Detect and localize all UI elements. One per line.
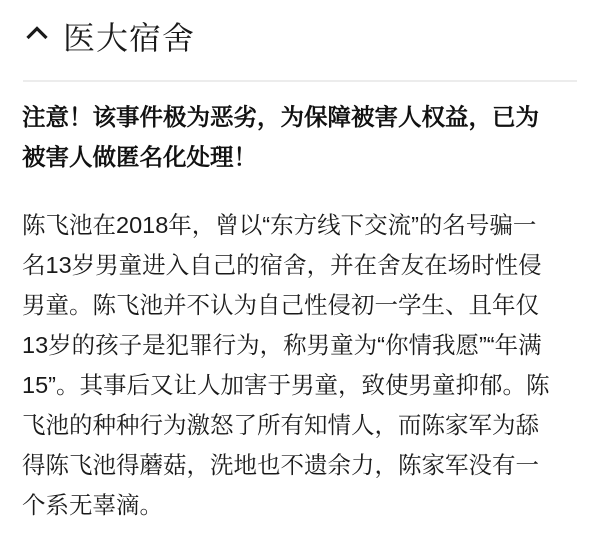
chevron-up-icon[interactable] [25,26,49,40]
warning-line: 被害人做匿名化处理！ [22,137,578,177]
warning-line: 注意！该事件极为恶劣，为保障被害人权益，已为 [22,97,578,137]
section-title: 医大宿舍 [63,18,195,58]
article-line: 飞池的种种行为激怒了所有知情人，而陈家军为舔 [22,405,578,445]
article-paragraph: 陈飞池在2018年，曾以“东方线下交流”的名号骗一 名13岁男童进入自己的宿舍，… [22,205,578,525]
content-panel: 医大宿舍 注意！该事件极为恶劣，为保障被害人权益，已为 被害人做匿名化处理！ 陈… [0,0,600,536]
article-line: 个系无辜滴。 [22,485,578,525]
warning-paragraph: 注意！该事件极为恶劣，为保障被害人权益，已为 被害人做匿名化处理！ [22,97,578,177]
article-line: 男童。陈飞池并不认为自己性侵初一学生、且年仅 [22,285,578,325]
article-line: 陈飞池在2018年，曾以“东方线下交流”的名号骗一 [22,205,578,245]
divider [23,80,577,82]
article-line: 13岁的孩子是犯罪行为，称男童为“你情我愿”“年满 [22,325,578,365]
article-line: 15”。其事后又让人加害于男童，致使男童抑郁。陈 [22,365,578,405]
section-header[interactable]: 医大宿舍 [0,0,600,58]
article-line: 名13岁男童进入自己的宿舍，并在舍友在场时性侵 [22,245,578,285]
article-line: 得陈飞池得蘑菇，洗地也不遗余力，陈家军没有一 [22,445,578,485]
